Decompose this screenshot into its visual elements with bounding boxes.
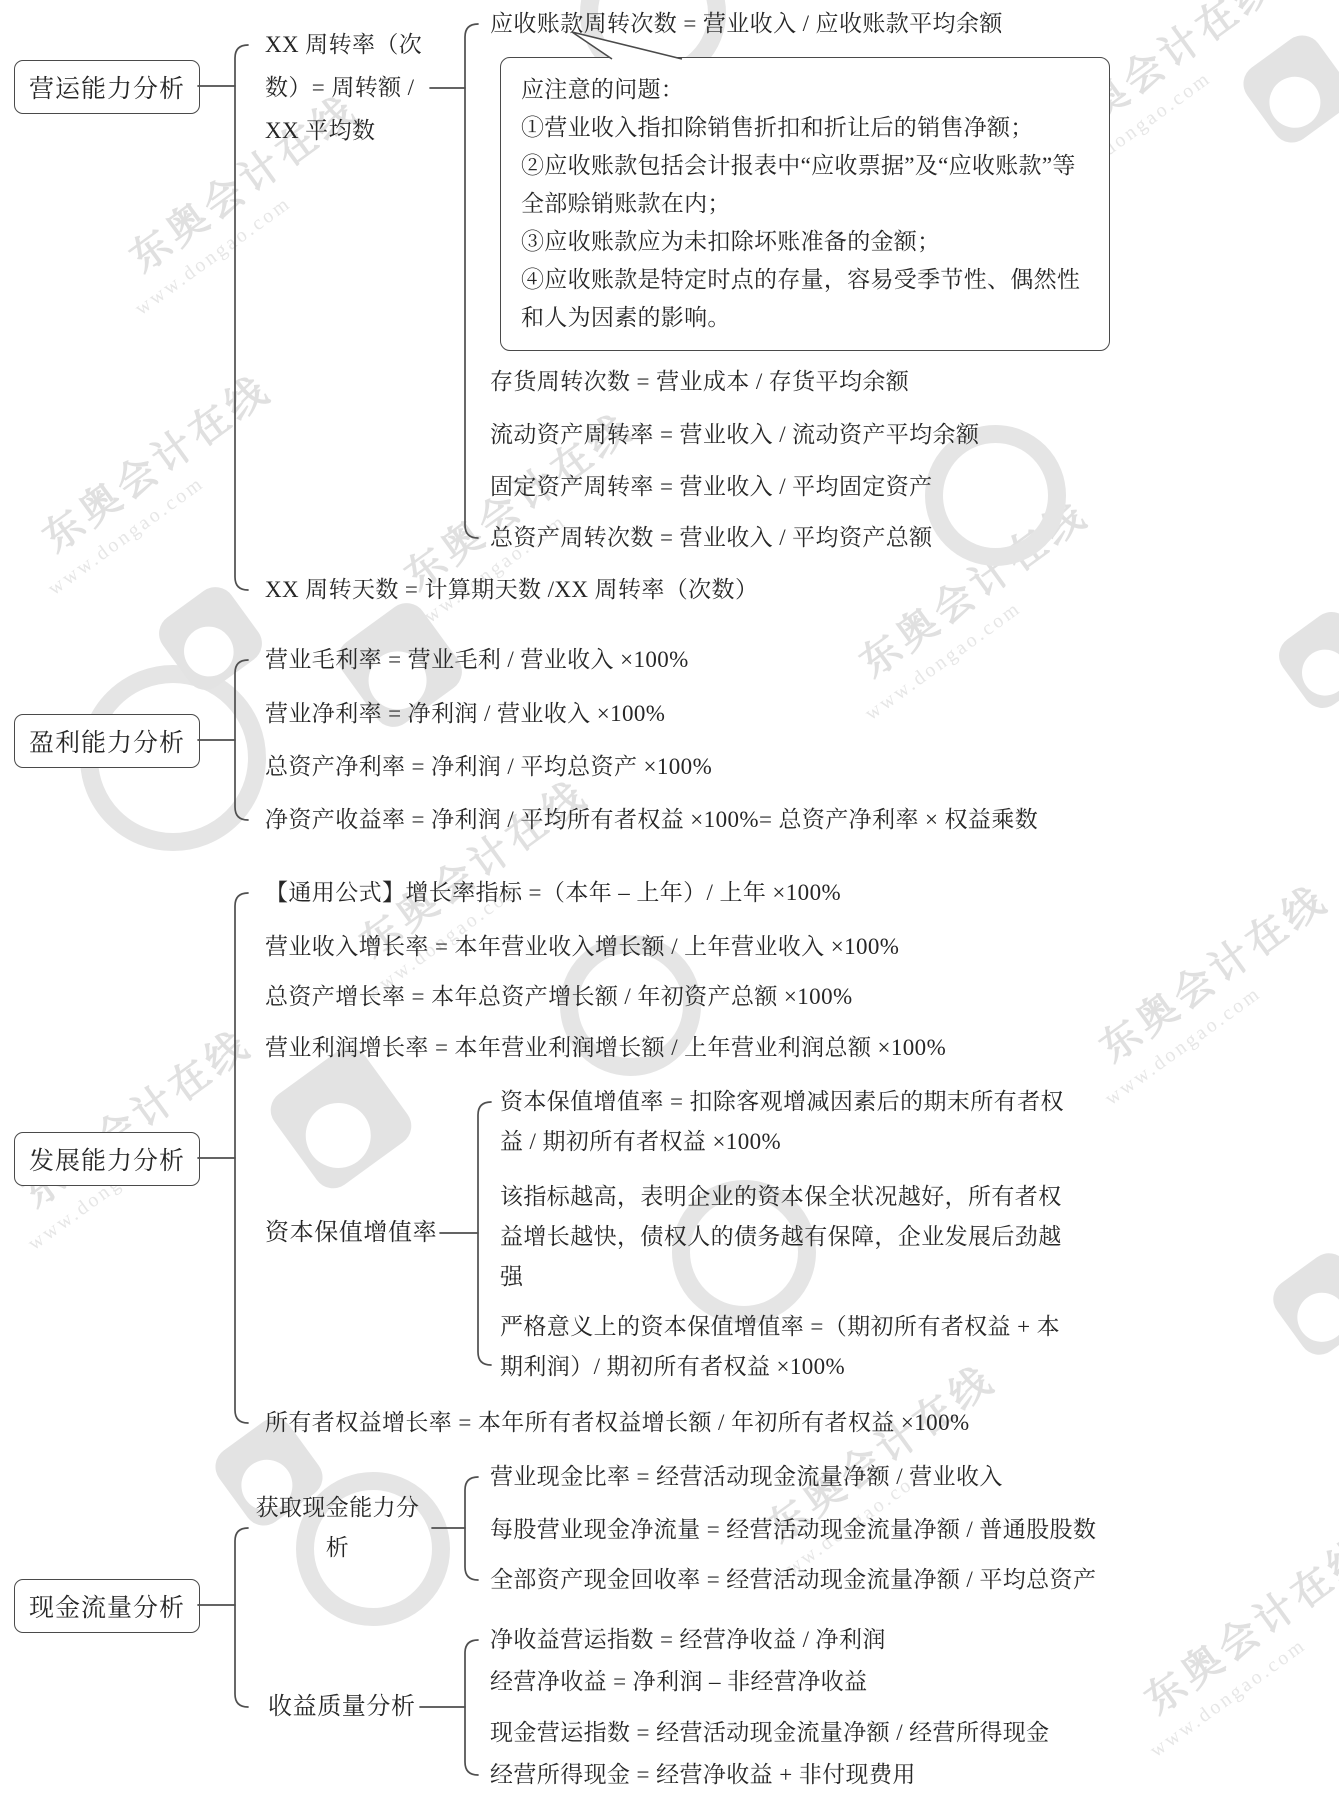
roe-formula: 净资产收益率 = 净利润 / 平均所有者权益 ×100%= 总资产净利率 × 权…	[265, 807, 1038, 833]
brace-turnover	[465, 24, 478, 538]
profitability-box: 盈利能力分析	[14, 714, 200, 768]
earnings-quality-label: 收益质量分析	[268, 1694, 416, 1720]
net-margin-formula: 营业净利率 = 净利润 / 营业收入 ×100%	[265, 701, 665, 727]
revenue-growth-formula: 营业收入增长率 = 本年营业收入增长额 / 上年营业收入 ×100%	[265, 934, 899, 960]
watermark-url: www.dongao.com	[131, 128, 384, 321]
watermark-logo-square	[1236, 28, 1339, 151]
development-box: 发展能力分析	[14, 1132, 200, 1186]
operating-net-income-formula: 经营净收益 = 净利润 – 非经营净收益	[490, 1669, 867, 1695]
general-growth-formula: 【通用公式】增长率指标 =（本年 – 上年）/ 上年 ×100%	[265, 880, 841, 906]
turnover-days-formula: XX 周转天数 = 计算期天数 /XX 周转率（次数）	[265, 577, 758, 603]
watermark-logo-square	[1271, 604, 1339, 716]
note-item: ②应收账款包括会计报表中“应收票据”及“应收账款”等全部赊销账款在内；	[521, 147, 1089, 223]
strict-capital-maintenance-formula: 严格意义上的资本保值增值率 =（期初所有者权益 + 本期利润）/ 期初所有者权益…	[500, 1307, 1080, 1387]
note-title: 应注意的问题：	[521, 71, 1089, 109]
watermark: 东奥会计在线 www.dongao.com	[29, 359, 297, 586]
mindmap-page: 东奥会计在线 www.dongao.com 东奥会计在线 www.dongao.…	[0, 0, 1339, 1801]
current-asset-turnover-formula: 流动资产周转率 = 营业收入 / 流动资产平均余额	[490, 422, 979, 448]
cash-per-share-formula: 每股营业现金净流量 = 经营活动现金流量净额 / 普通股股数	[490, 1517, 1096, 1543]
note-item: ①营业收入指扣除销售折扣和折让后的销售净额；	[521, 109, 1089, 147]
owner-equity-growth-formula: 所有者权益增长率 = 本年所有者权益增长额 / 年初所有者权益 ×100%	[265, 1410, 970, 1436]
brace-development	[235, 893, 248, 1423]
watermark-logo-square	[1265, 1245, 1339, 1362]
operating-ability-label: 营运能力分析	[29, 69, 185, 105]
cashflow-label: 现金流量分析	[29, 1588, 185, 1624]
note-item: ④应收账款是特定时点的存量，容易受季节性、偶然性和人为因素的影响。	[521, 261, 1089, 337]
asset-cash-recovery-formula: 全部资产现金回收率 = 经营活动现金流量净额 / 平均总资产	[490, 1567, 1096, 1593]
fixed-asset-turnover-formula: 固定资产周转率 = 营业收入 / 平均固定资产	[490, 474, 933, 500]
roa-formula: 总资产净利率 = 净利润 / 平均总资产 ×100%	[265, 754, 712, 780]
note-item: ③应收账款应为未扣除坏账准备的金额；	[521, 223, 1089, 261]
note-box: 应注意的问题： ①营业收入指扣除销售折扣和折让后的销售净额； ②应收账款包括会计…	[500, 57, 1110, 351]
capital-maintenance-formula: 资本保值增值率 = 扣除客观增减因素后的期末所有者权益 / 期初所有者权益 ×1…	[500, 1082, 1080, 1162]
brace-earnings-quality	[465, 1640, 478, 1775]
watermark-logo-square	[263, 1040, 419, 1196]
capital-maintenance-label: 资本保值增值率	[265, 1220, 437, 1246]
brace-cash-generation	[465, 1477, 478, 1580]
cash-ratio-formula: 营业现金比率 = 经营活动现金流量净额 / 营业收入	[490, 1464, 1003, 1490]
watermark: 东奥会计在线 www.dongao.com	[9, 1014, 277, 1241]
profit-growth-formula: 营业利润增长率 = 本年营业利润增长额 / 上年营业利润总额 ×100%	[265, 1035, 946, 1061]
operating-ability-box: 营运能力分析	[14, 60, 200, 114]
watermark: 东奥会计在线 www.dongao.com	[1131, 1521, 1339, 1748]
turnover-rate-formula: XX 周转率（次数）= 周转额 / XX 平均数	[265, 23, 443, 152]
brace-capital	[478, 1102, 491, 1365]
asset-growth-formula: 总资产增长率 = 本年总资产增长额 / 年初资产总额 ×100%	[265, 984, 853, 1010]
profitability-label: 盈利能力分析	[29, 723, 185, 759]
total-asset-turnover-formula: 总资产周转次数 = 营业收入 / 平均资产总额	[490, 525, 933, 551]
brace-operating	[235, 45, 248, 590]
receivables-turnover-formula: 应收账款周转次数 = 营业收入 / 应收账款平均余额	[490, 11, 1003, 37]
brace-cashflow	[235, 1528, 248, 1707]
watermark: 东奥会计在线 www.dongao.com	[1086, 869, 1339, 1096]
net-income-operating-index-formula: 净收益营运指数 = 经营净收益 / 净利润	[490, 1627, 886, 1653]
gross-margin-formula: 营业毛利率 = 营业毛利 / 营业收入 ×100%	[265, 647, 689, 673]
inventory-turnover-formula: 存货周转次数 = 营业成本 / 存货平均余额	[490, 369, 909, 395]
cash-generation-label: 获取现金能力分析	[250, 1488, 425, 1568]
operating-cash-formula: 经营所得现金 = 经营净收益 + 非付现费用	[490, 1762, 916, 1788]
capital-maintenance-explanation: 该指标越高，表明企业的资本保全状况越好，所有者权益增长越快，债权人的债务越有保障…	[500, 1177, 1080, 1297]
development-label: 发展能力分析	[29, 1141, 185, 1177]
cashflow-box: 现金流量分析	[14, 1579, 200, 1633]
cash-operating-index-formula: 现金营运指数 = 经营活动现金流量净额 / 经营所得现金	[490, 1720, 1050, 1746]
